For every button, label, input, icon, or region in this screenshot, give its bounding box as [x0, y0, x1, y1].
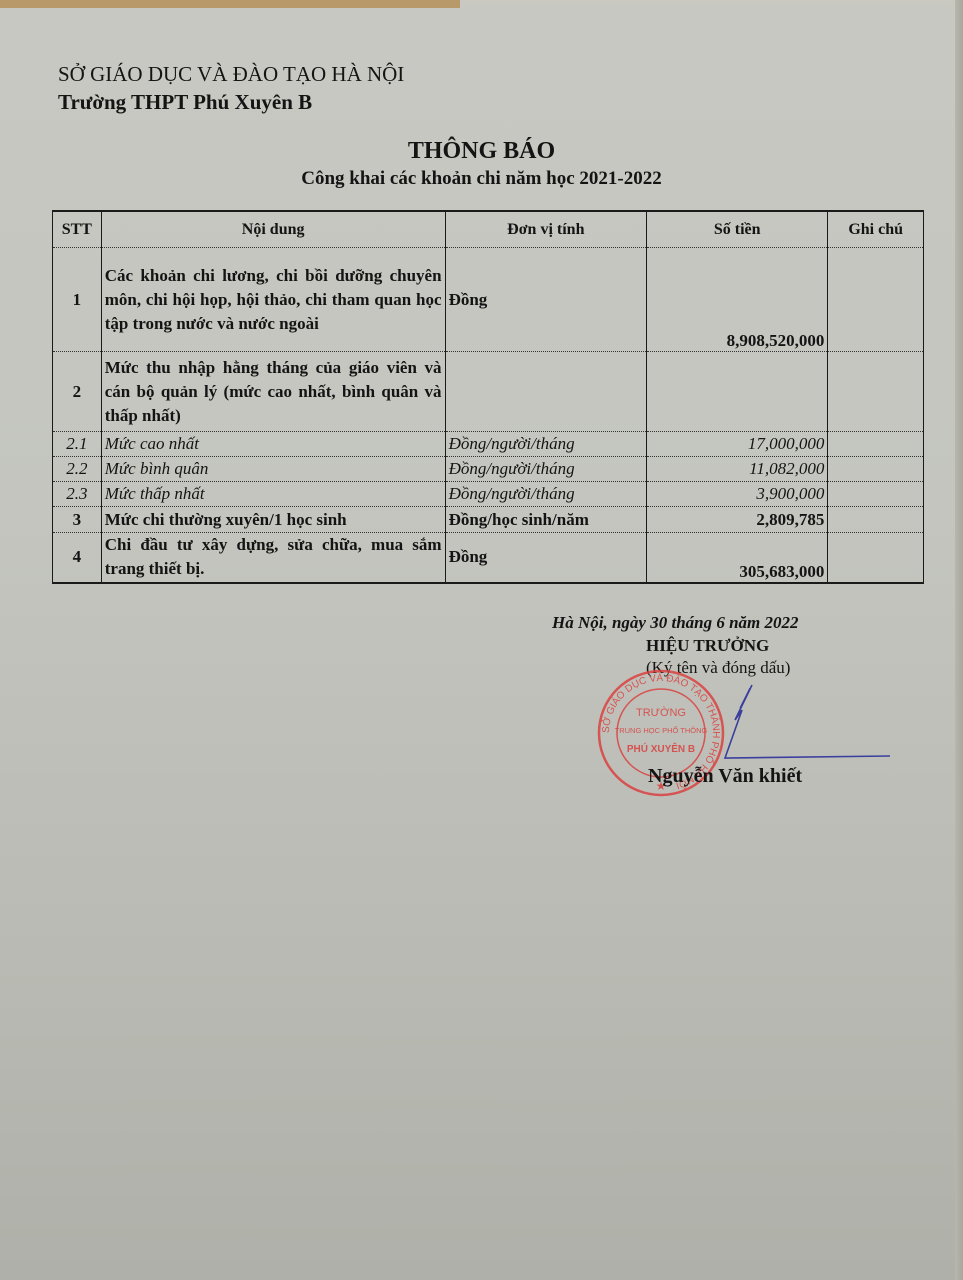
signer-name: Nguyễn Văn khiết — [648, 765, 802, 788]
row-unit: Đồng — [445, 248, 646, 352]
row-amount: 17,000,000 — [647, 432, 828, 457]
row-content: Mức thu nhập hằng tháng của giáo viên và… — [101, 352, 445, 432]
row-amount: 2,809,785 — [647, 507, 828, 533]
header-amount: Số tiền — [647, 211, 828, 248]
row-unit: Đồng — [445, 533, 646, 583]
table-row: 2.2 Mức bình quân Đồng/người/tháng 11,08… — [53, 457, 924, 482]
row-stt: 3 — [53, 507, 102, 533]
document-page — [0, 6, 963, 1280]
table-row: 1 Các khoản chi lương, chi bồi dưỡng chu… — [53, 248, 924, 352]
row-note — [828, 248, 924, 352]
row-unit — [445, 352, 646, 432]
row-stt: 4 — [53, 533, 102, 583]
row-unit: Đồng/người/tháng — [445, 457, 646, 482]
table-row: 2.1 Mức cao nhất Đồng/người/tháng 17,000… — [53, 432, 924, 457]
row-note — [828, 432, 924, 457]
row-unit: Đồng/học sinh/năm — [445, 507, 646, 533]
page-edge — [955, 0, 963, 1280]
row-stt: 2.1 — [53, 432, 102, 457]
place-date: Hà Nội, ngày 30 tháng 6 năm 2022 — [552, 613, 799, 633]
row-content: Các khoản chi lương, chi bồi dưỡng chuyê… — [101, 248, 445, 352]
row-note — [828, 457, 924, 482]
table-row: 2 Mức thu nhập hằng tháng của giáo viên … — [53, 352, 924, 432]
row-amount: 305,683,000 — [647, 533, 828, 583]
school-name: Trường THPT Phú Xuyên B — [58, 90, 312, 115]
row-amount: 8,908,520,000 — [647, 248, 828, 352]
row-note — [828, 352, 924, 432]
header-stt: STT — [53, 211, 102, 248]
row-amount — [647, 352, 828, 432]
row-content: Mức chi thường xuyên/1 học sinh — [101, 507, 445, 533]
row-stt: 1 — [53, 248, 102, 352]
row-stt: 2.2 — [53, 457, 102, 482]
expenditure-table: STT Nội dung Đơn vị tính Số tiền Ghi chú… — [52, 210, 924, 584]
row-content: Mức thấp nhất — [101, 482, 445, 507]
header-note: Ghi chú — [828, 211, 924, 248]
stamp-line1: TRƯỜNG — [636, 706, 686, 719]
document-title: THÔNG BÁO — [0, 138, 963, 165]
row-unit: Đồng/người/tháng — [445, 432, 646, 457]
signer-role: HIỆU TRƯỞNG — [646, 636, 769, 656]
row-stt: 2.3 — [53, 482, 102, 507]
row-content: Mức bình quân — [101, 457, 445, 482]
row-note — [828, 507, 924, 533]
row-note — [828, 533, 924, 583]
row-note — [828, 482, 924, 507]
row-content: Chi đầu tư xây dựng, sửa chữa, mua sắm t… — [101, 533, 445, 583]
table-row: 4 Chi đầu tư xây dựng, sửa chữa, mua sắm… — [53, 533, 924, 583]
header-content: Nội dung — [101, 211, 445, 248]
desk-surface — [0, 0, 460, 8]
organization-name: SỞ GIÁO DỤC VÀ ĐÀO TẠO HÀ NỘI — [58, 62, 404, 87]
table-row: 2.3 Mức thấp nhất Đồng/người/tháng 3,900… — [53, 482, 924, 507]
row-unit: Đồng/người/tháng — [445, 482, 646, 507]
table-header-row: STT Nội dung Đơn vị tính Số tiền Ghi chú — [53, 211, 924, 248]
table-row: 3 Mức chi thường xuyên/1 học sinh Đồng/h… — [53, 507, 924, 533]
header-unit: Đơn vị tính — [445, 211, 646, 248]
row-stt: 2 — [53, 352, 102, 432]
stamp-line3: PHÚ XUYÊN B — [627, 742, 695, 755]
document-subtitle: Công khai các khoản chi năm học 2021-202… — [0, 168, 963, 190]
row-amount: 11,082,000 — [647, 457, 828, 482]
row-content: Mức cao nhất — [101, 432, 445, 457]
row-amount: 3,900,000 — [647, 482, 828, 507]
